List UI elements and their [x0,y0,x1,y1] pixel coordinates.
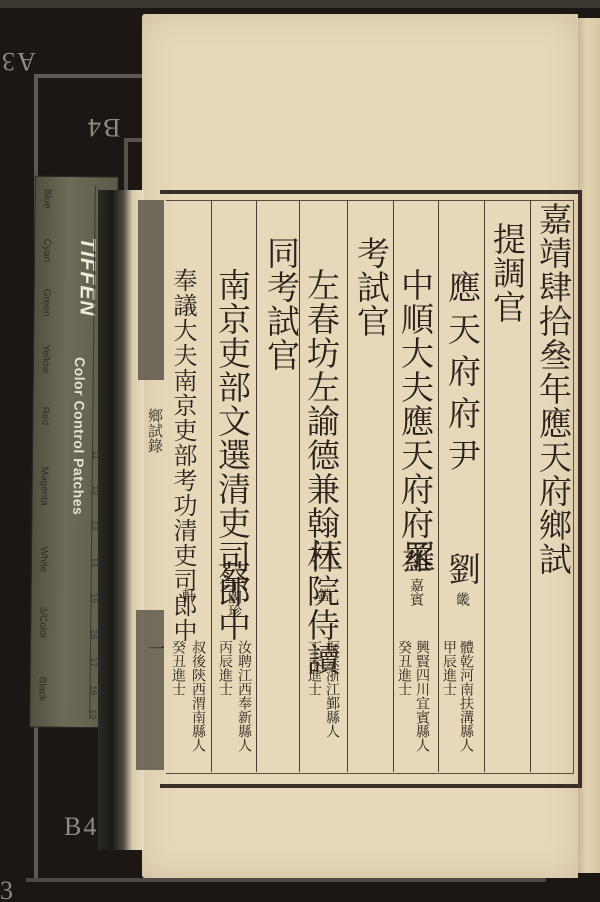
column-rule [393,200,394,772]
patch-name-list: Blue Cyan Green Yellow Red Magenta White… [36,177,64,727]
official-note: 丙辰進士 [217,640,233,696]
official-title: 應天府府尹 [443,270,481,480]
patch-name: Blue [42,189,53,209]
patch-name: Yellow [40,345,51,374]
patch-strip-title: Color Control Patches [70,357,88,515]
official-note: 體乾河南扶溝縣人 [458,640,474,752]
official-note: 癸丑進士 [170,640,186,696]
target-frame-bottom [26,878,546,882]
column-rule [438,200,439,772]
column-rule [211,200,212,772]
section-heading-associate-examiner: 同考試官 [262,236,300,372]
official-note: 汝聘江西奉新縣人 [236,640,252,752]
section-heading-supervisor: 提調官 [488,222,526,324]
patch-name: Cyan [41,239,52,262]
bg-label-a3: A3 [0,46,36,76]
patch-name: Black [36,677,47,702]
patch-name: Red [39,407,50,425]
official-given-name: 鏜 [316,588,332,602]
scanner-top-edge [0,0,600,8]
column-rule [256,200,257,772]
official-note: 甲辰進士 [441,640,457,696]
official-title: 中順大夫應天府府丞 [398,268,432,574]
official-given-name: 軒 [180,588,196,602]
official-note: 叔後陝西渭南縣人 [190,640,206,752]
bg-label-b4-top: B4 [86,112,120,142]
official-note: 癸丑進士 [396,640,412,696]
column-rule [484,200,485,772]
official-title: 奉議大夫南京吏部考功清吏司郎中 [172,268,194,643]
patch-name: Magenta [38,467,49,506]
ruler-mark: 19 [88,709,98,719]
column-rule [347,200,348,772]
official-note: 興賢四川宜賓縣人 [414,640,430,752]
official-surname: 劉 [443,552,481,586]
official-title: 左春坊左諭德兼翰林院侍讀 [305,268,338,676]
patch-name: White [38,547,49,573]
official-surname: 汪 [305,538,343,572]
section-heading-examiner: 考試官 [352,236,390,338]
official-given-name: 嘉賓 [408,578,424,606]
official-note: 丁未進士 [306,640,322,696]
patch-name: 3/Color [37,607,48,639]
patch-name: Green [40,289,51,317]
document-title: 嘉靖肆拾叄年應天府鄉試 [534,202,572,576]
column-rule [530,200,531,772]
official-note: 振宗浙江鄞縣人 [324,640,340,738]
bg-label-3: 3 [0,876,15,902]
bg-label-b4-bottom: B4 [64,812,98,842]
official-surname: 羅 [398,540,436,574]
official-given-name: 畿 [454,592,470,606]
official-surname: 蔡 [217,560,247,594]
official-given-name: 國珍 [226,590,242,618]
